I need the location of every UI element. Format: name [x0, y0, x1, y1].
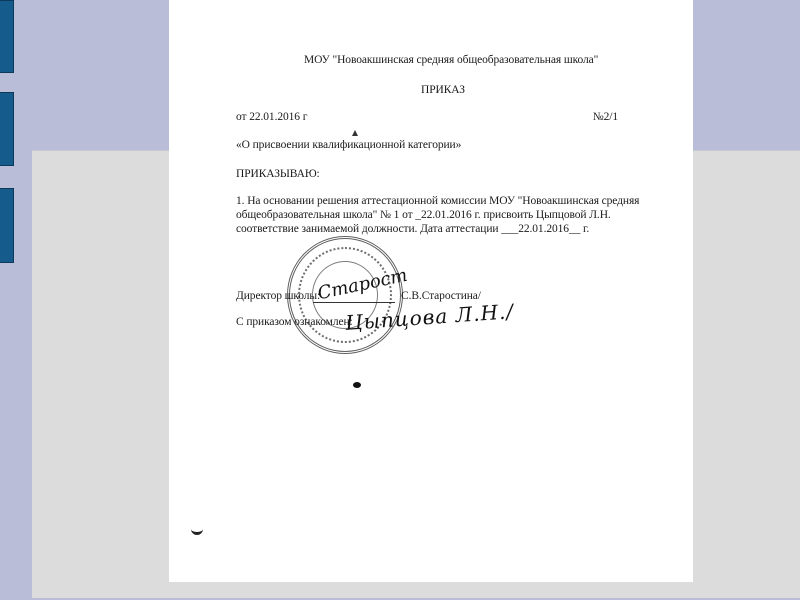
slide-tab-1 — [0, 0, 14, 73]
document-title: ПРИКАЗ — [421, 84, 465, 96]
order-number: №2/1 — [593, 111, 618, 123]
paragraph-line: общеобразовательная школа" № 1 от _22.01… — [236, 209, 611, 221]
slide-tab-2 — [0, 92, 14, 166]
paragraph-line: соответствие занимаемой должности. Дата … — [236, 223, 589, 235]
order-subject: «О присвоении квалификационной категории… — [236, 139, 461, 151]
ink-speck — [353, 382, 361, 388]
order-heading: ПРИКАЗЫВАЮ: — [236, 168, 320, 180]
ink-mark — [191, 524, 203, 535]
director-name: С.В.Старостина/ — [401, 290, 481, 302]
acknowledged-label: С приказом ознакомлен: — [236, 316, 353, 328]
school-name: МОУ "Новоакшинская средняя общеобразоват… — [304, 54, 598, 66]
scanned-document: МОУ "Новоакшинская средняя общеобразоват… — [169, 0, 693, 582]
slide-tab-3 — [0, 188, 14, 263]
paragraph-line: 1. На основании решения аттестационной к… — [236, 195, 639, 207]
director-label: Директор школы: — [236, 290, 320, 302]
ink-mark — [352, 130, 358, 136]
order-date: от 22.01.2016 г — [236, 111, 307, 123]
